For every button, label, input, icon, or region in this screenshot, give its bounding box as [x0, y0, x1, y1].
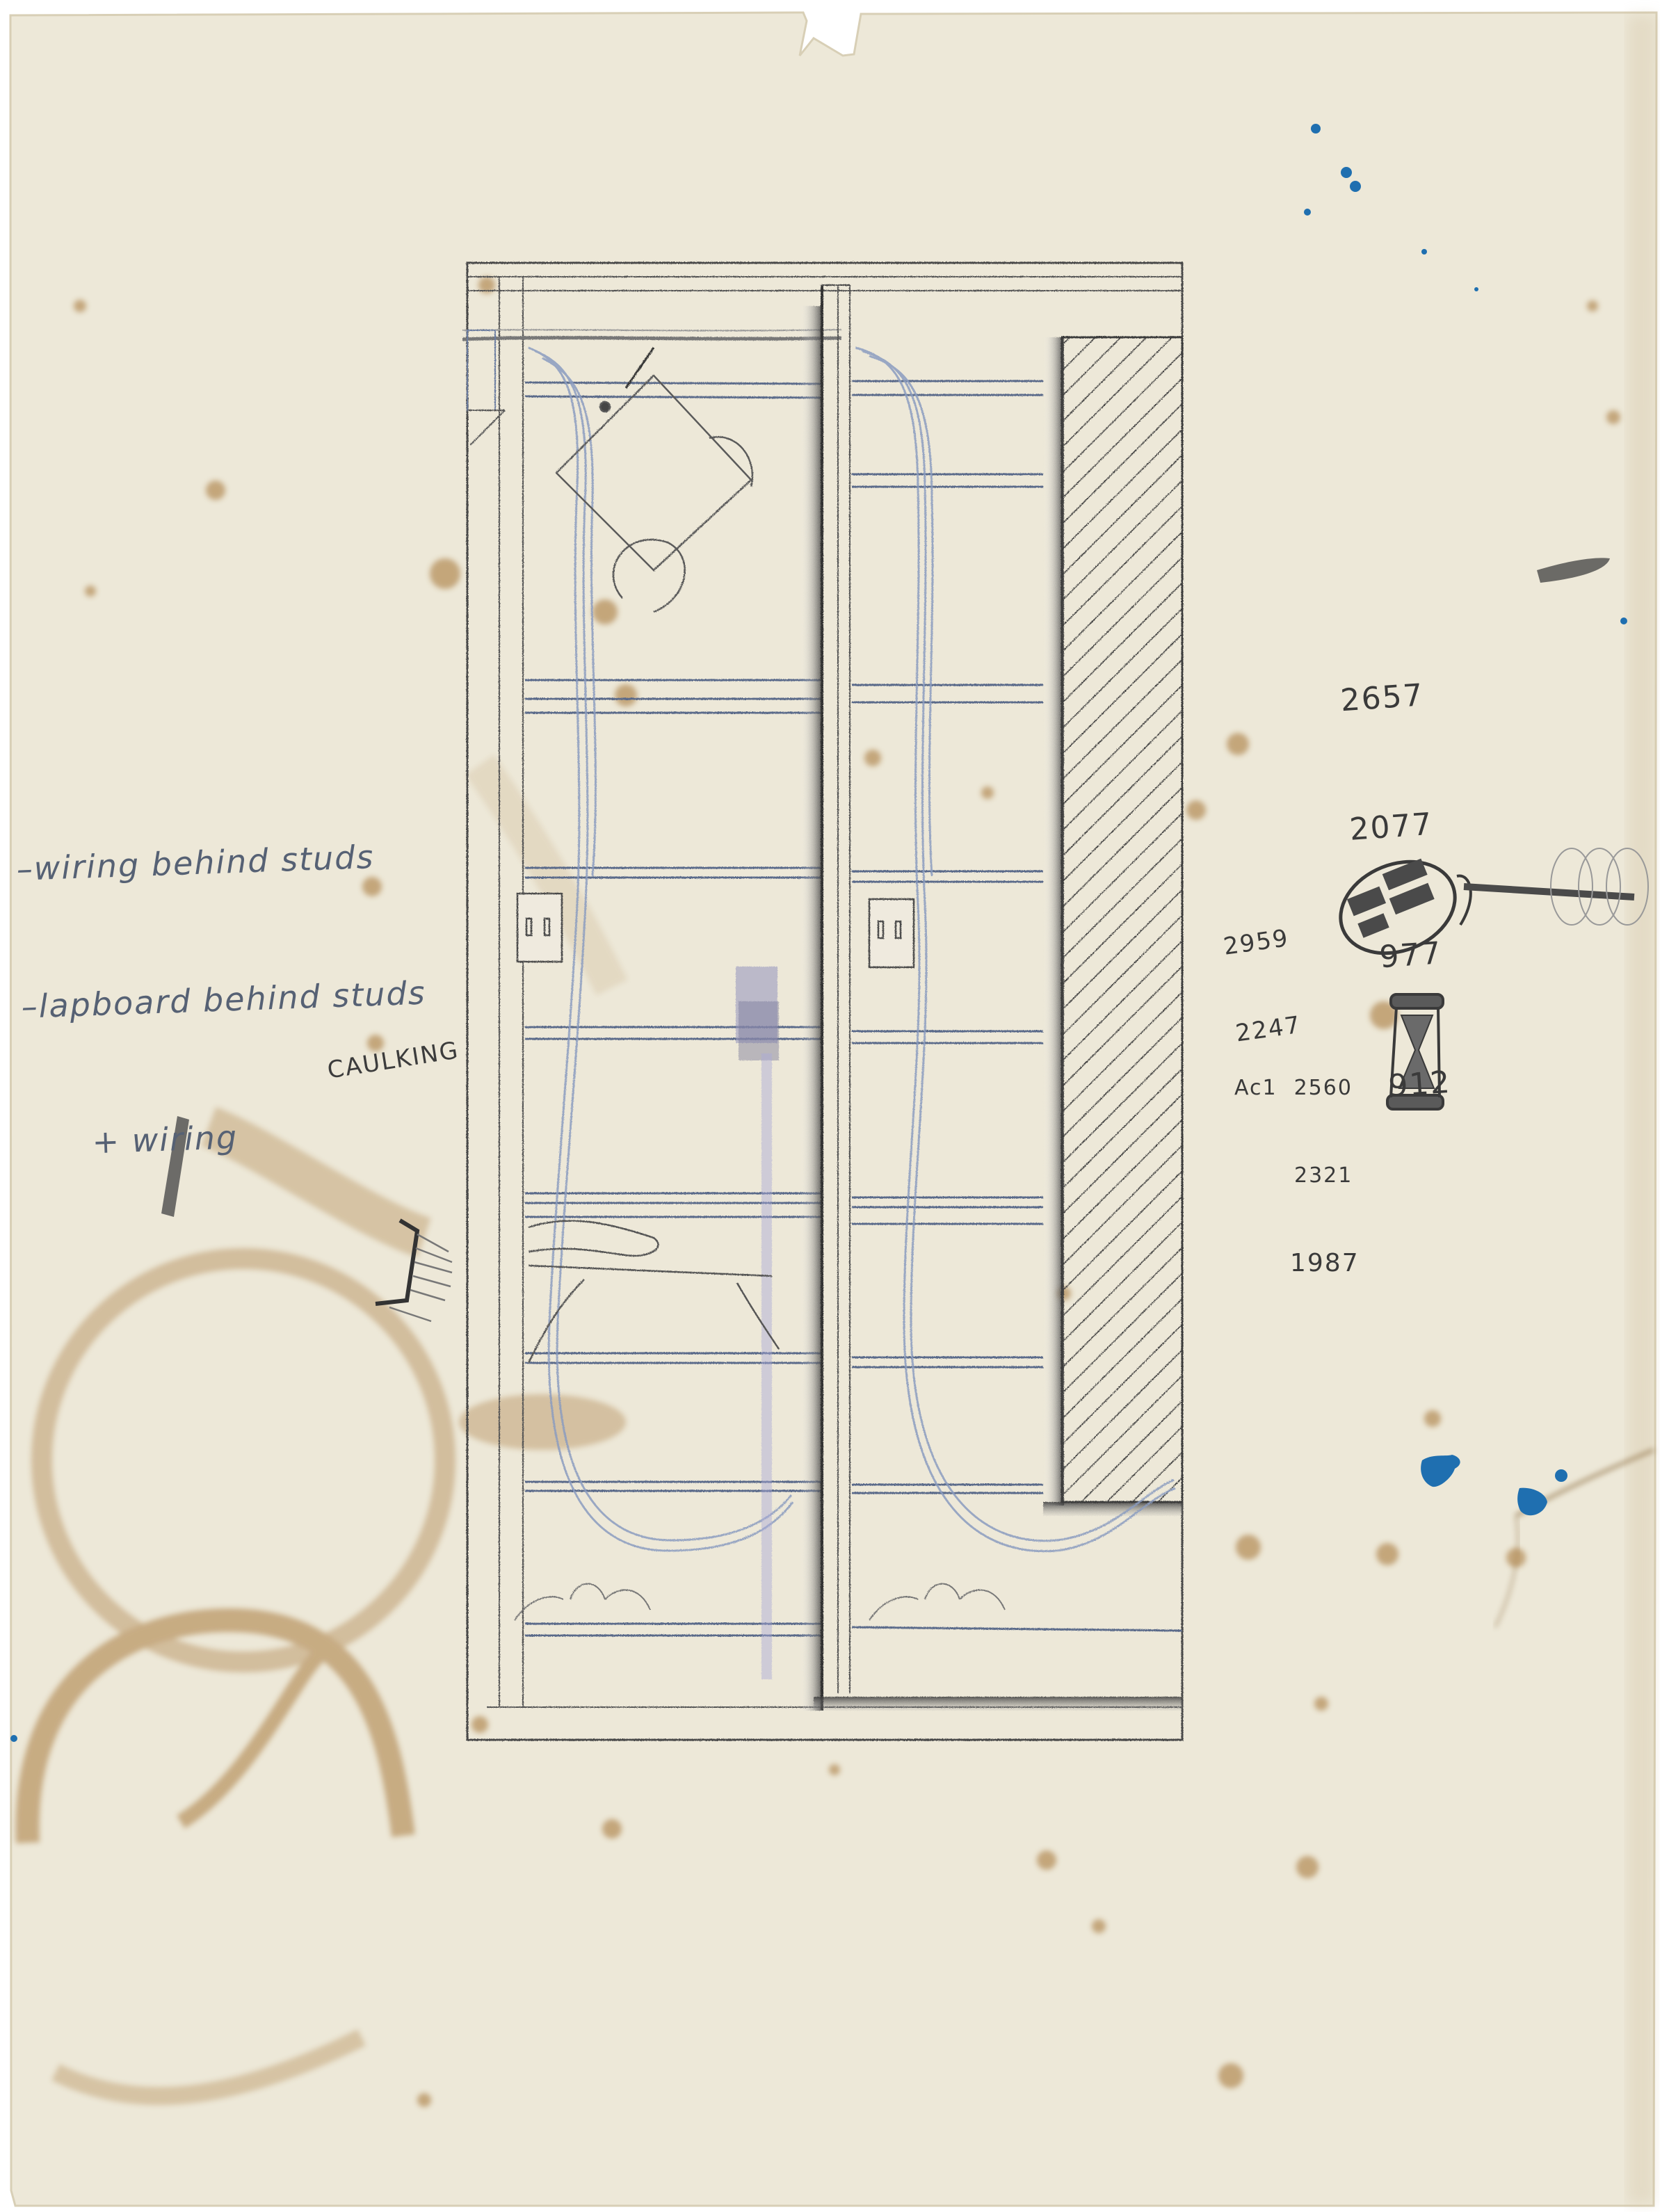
switch-plate-left [517, 894, 562, 962]
switch-plate-right [869, 899, 914, 967]
note-line-1: –wiring behind studs [16, 832, 422, 892]
plug-number-1: 2959 [1222, 923, 1291, 962]
hourglass-number-3: 1987 [1234, 1249, 1360, 1278]
number-2: 2077 [1321, 803, 1435, 854]
hourglass-number-2: 2321 [1234, 1161, 1360, 1190]
hourglass-number-1: 2560 [1294, 1076, 1353, 1100]
number-1: 2657 [1312, 674, 1426, 725]
note-line-2: –lapboard behind studs [21, 969, 427, 1029]
number-3: 977 [1330, 932, 1444, 983]
numbers-hourglass: Ac12560 2321 1987 [1234, 1015, 1360, 1307]
note-wiring-behind-studs: –wiring behind studs –lapboard behind st… [13, 741, 433, 1213]
note-line-3: + wiring [25, 1107, 431, 1167]
hourglass-prefix: Ac1 [1234, 1076, 1277, 1100]
